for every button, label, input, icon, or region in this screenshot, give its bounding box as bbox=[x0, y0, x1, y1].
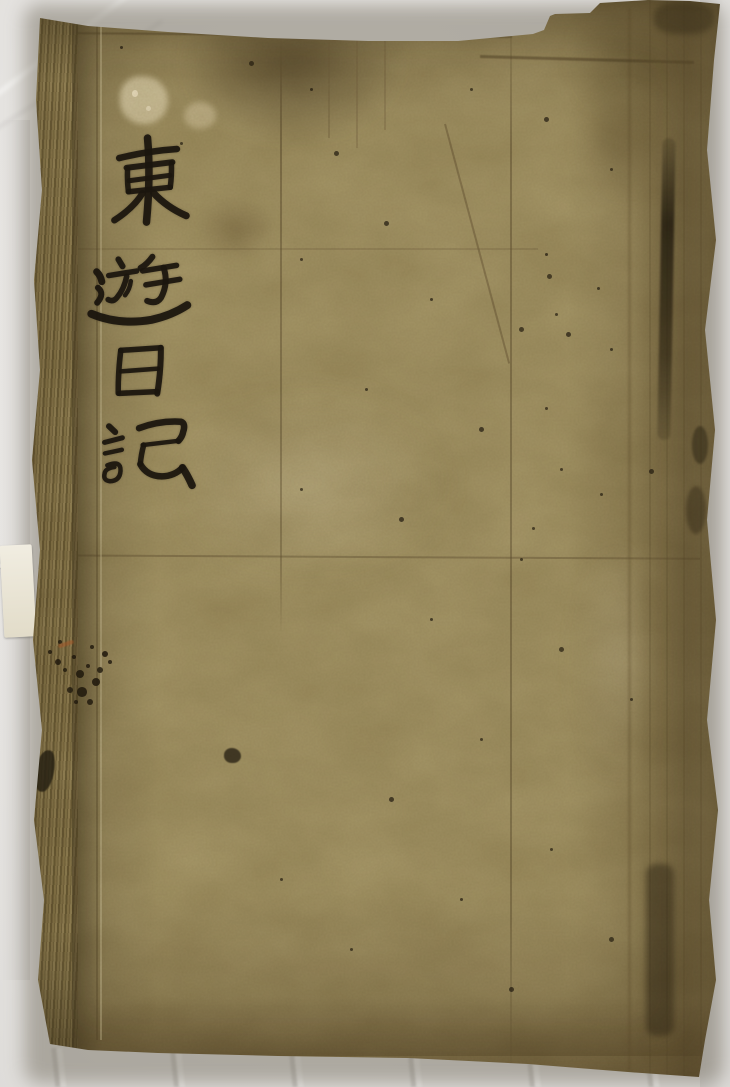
paper-tag bbox=[0, 544, 36, 638]
photograph-of-manuscript: 東 遊 日 記 東遊日記 bbox=[0, 0, 730, 1087]
book-cover: 東 遊 日 記 bbox=[28, 0, 720, 1082]
edge-vignette bbox=[28, 0, 720, 1082]
ink-splatter-cluster bbox=[28, 0, 32, 4]
ink-specks bbox=[28, 0, 31, 3]
